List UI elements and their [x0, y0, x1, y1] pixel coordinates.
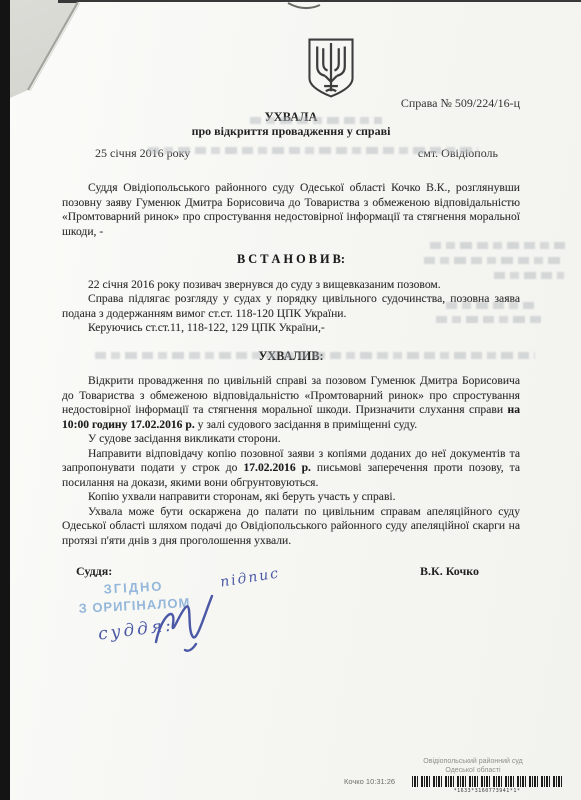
- bleed-through-text: [148, 147, 478, 154]
- bleed-through-text: [430, 242, 565, 249]
- body-paragraph: Направити відповідачу копію позовної зая…: [62, 447, 520, 491]
- body-paragraph: Суддя Овідіопольського районного суду Од…: [62, 181, 520, 239]
- body-paragraph: Відкрити провадження по цивільній справі…: [62, 374, 520, 432]
- body-paragraph: Керуючись ст.ст.11, 118-122, 129 ЦПК Укр…: [62, 321, 520, 336]
- bleed-through-text: [95, 352, 535, 359]
- body-paragraph: Копію ухвали направити сторонам, які бер…: [62, 490, 520, 505]
- barcode: [412, 776, 562, 787]
- bleed-through-text: [424, 257, 564, 264]
- body-paragraph: У судове засідання викликати сторони.: [62, 432, 520, 447]
- signature-flourish-icon: [152, 592, 227, 657]
- footer-court-line2: Одеської області: [398, 767, 548, 776]
- barcode-text: *1633*3160773941*1*: [424, 788, 550, 794]
- judge-name: В.К. Кочко: [420, 564, 479, 579]
- bleed-through-text: [250, 117, 382, 124]
- ukraine-coat-of-arms-icon: [305, 37, 357, 99]
- document-body: Суддя Овідіопольського районного суду Од…: [62, 181, 520, 548]
- judge-label: Суддя:: [76, 564, 112, 579]
- case-number: Справа № 509/224/16-ц: [62, 96, 520, 111]
- bleed-through-text: [446, 302, 534, 309]
- bleed-through-text: [494, 272, 564, 279]
- body-paragraph: Ухвала може бути оскаржена до палати по …: [62, 505, 520, 549]
- footer-court-name: Овідіопольський районний суд Одеської об…: [398, 758, 548, 775]
- document-subtitle: про відкриття провадження у справі: [62, 124, 520, 139]
- scanned-court-document: Справа № 509/224/16-ц УХВАЛА про відкрит…: [0, 0, 581, 800]
- scan-left-edge: [0, 0, 10, 800]
- print-info: Кочко 10:31:26: [344, 777, 395, 786]
- bleed-through-text: [436, 316, 544, 323]
- footer-court-line1: Овідіопольський районний суд: [398, 758, 548, 767]
- body-paragraph: 22 січня 2016 року позивач звернувся до …: [62, 278, 520, 293]
